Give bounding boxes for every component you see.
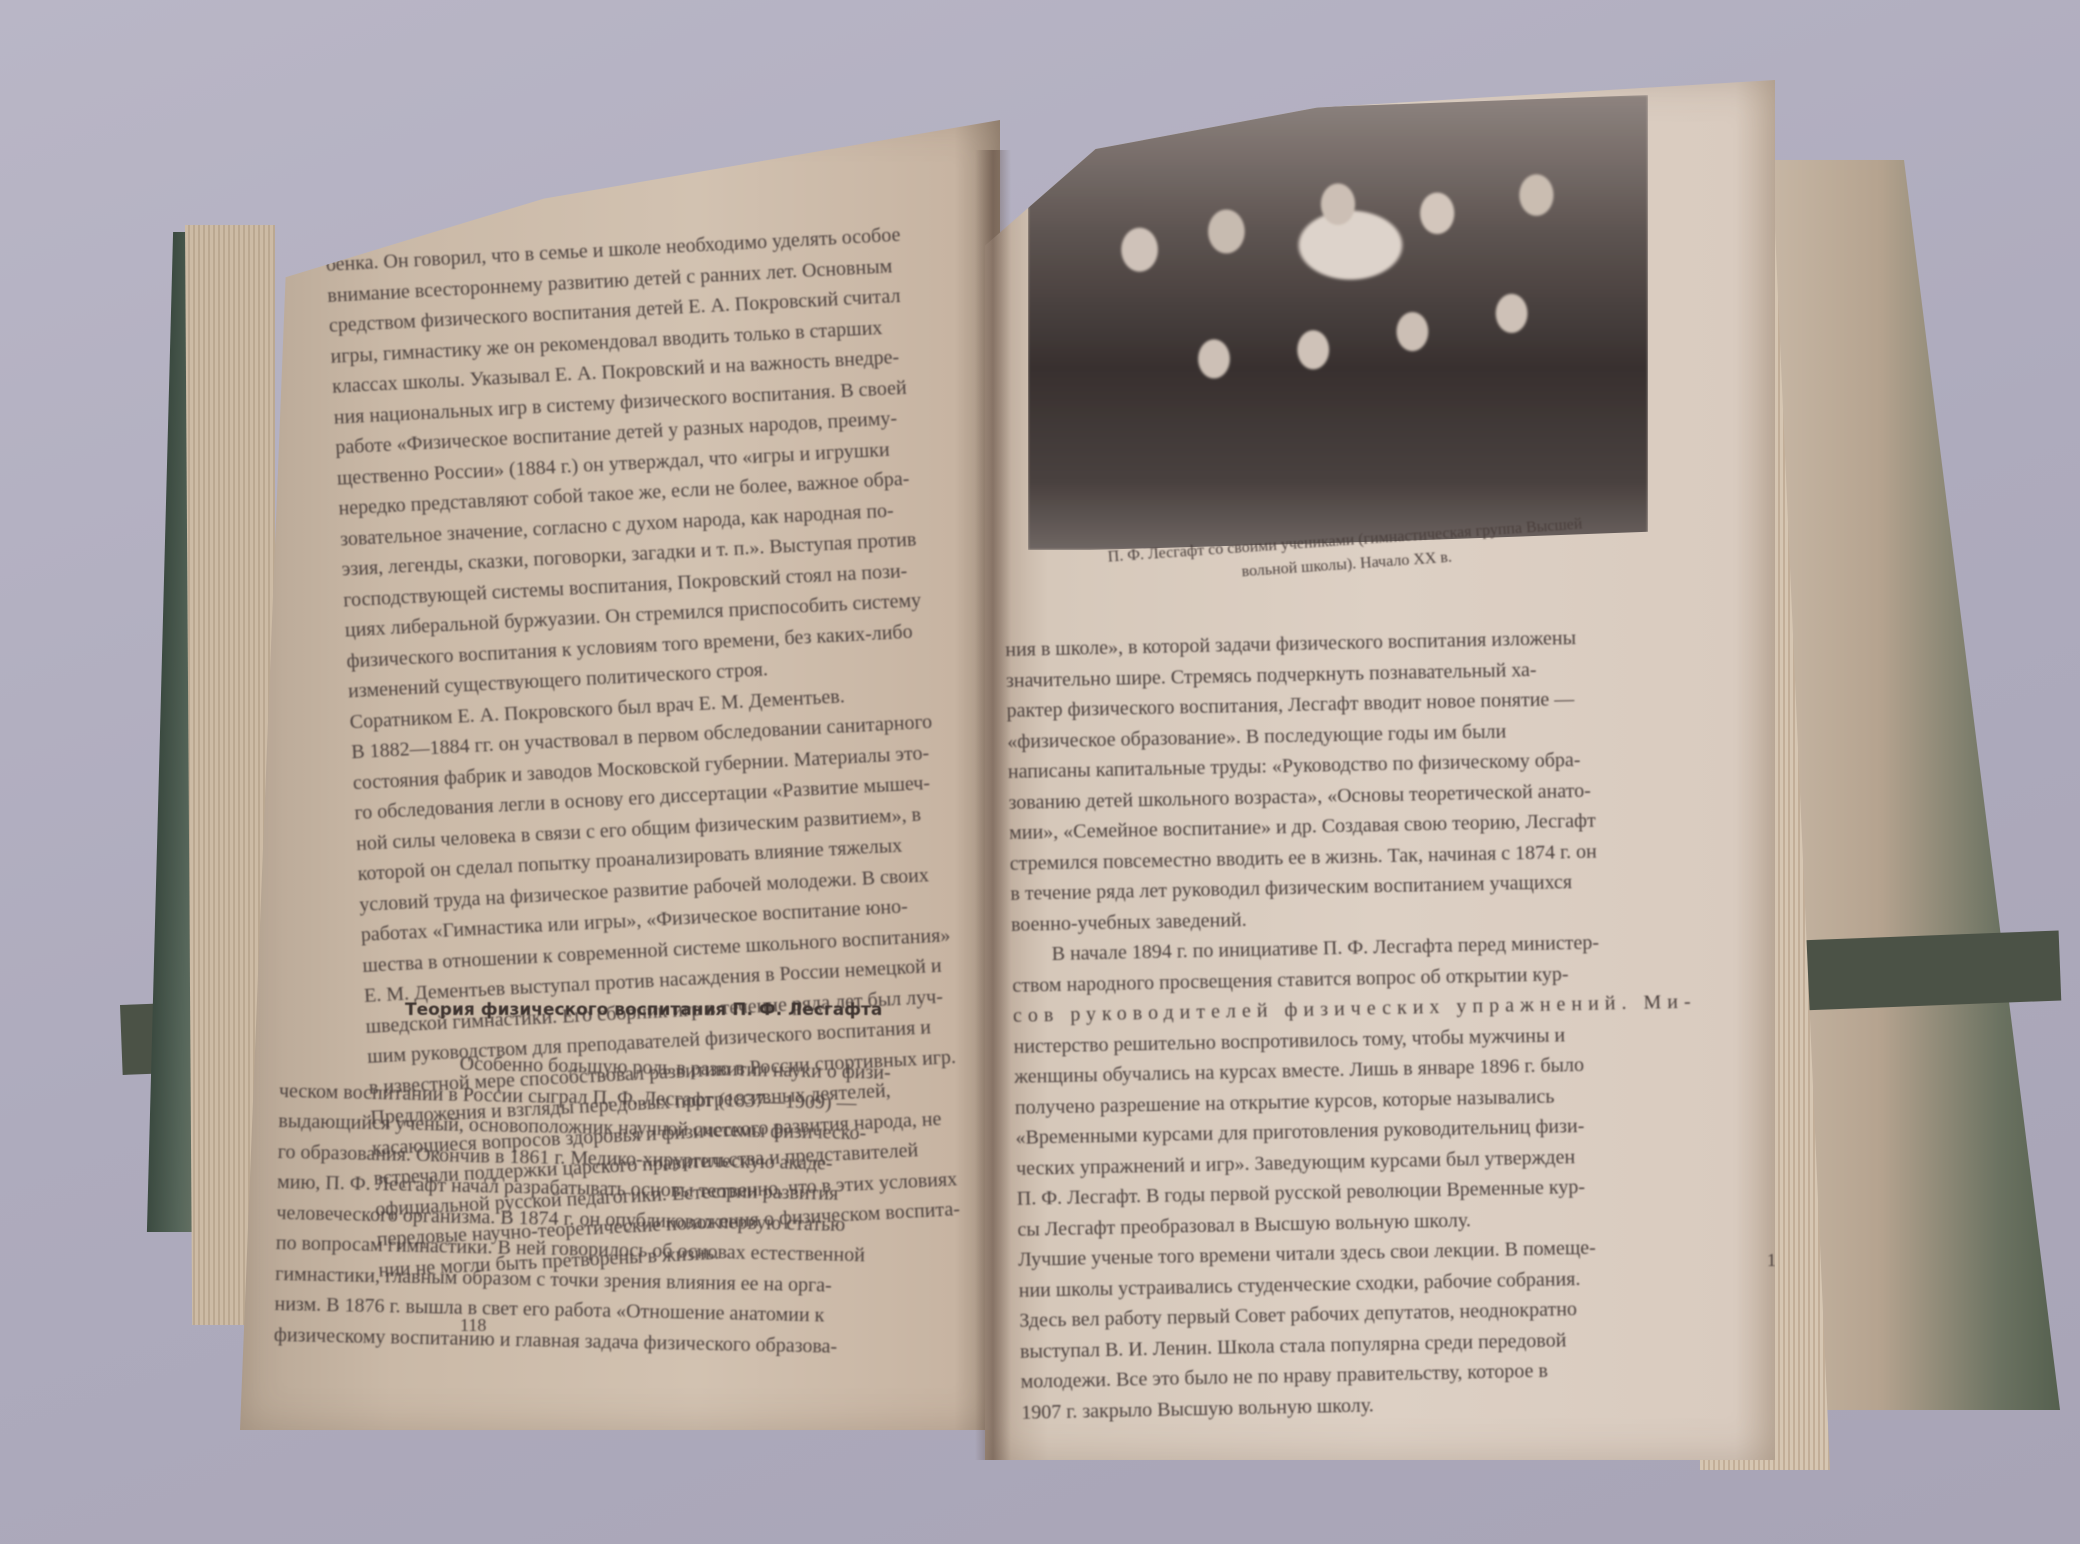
page-number-left: 118 xyxy=(460,1315,486,1336)
left-page-lower-text: Особенно большую роль в развитии науки о… xyxy=(274,1045,970,1364)
left-page: бенка. Он говорил, что в семье и школе н… xyxy=(240,120,1000,1430)
section-heading: Теория физического воспитания П. Ф. Лесг… xyxy=(405,1000,965,1020)
right-page-body-text: ния в школе», в которой задачи физическо… xyxy=(1005,620,1761,1428)
group-photograph xyxy=(1028,95,1648,550)
book-gutter-shadow xyxy=(975,150,1011,1460)
photo-scene: бенка. Он говорил, что в семье и школе н… xyxy=(0,0,2080,1544)
page-number-right: 119 xyxy=(1767,1250,1775,1271)
right-page: П. Ф. Лесгафт со своими учениками (гимна… xyxy=(985,80,1775,1460)
